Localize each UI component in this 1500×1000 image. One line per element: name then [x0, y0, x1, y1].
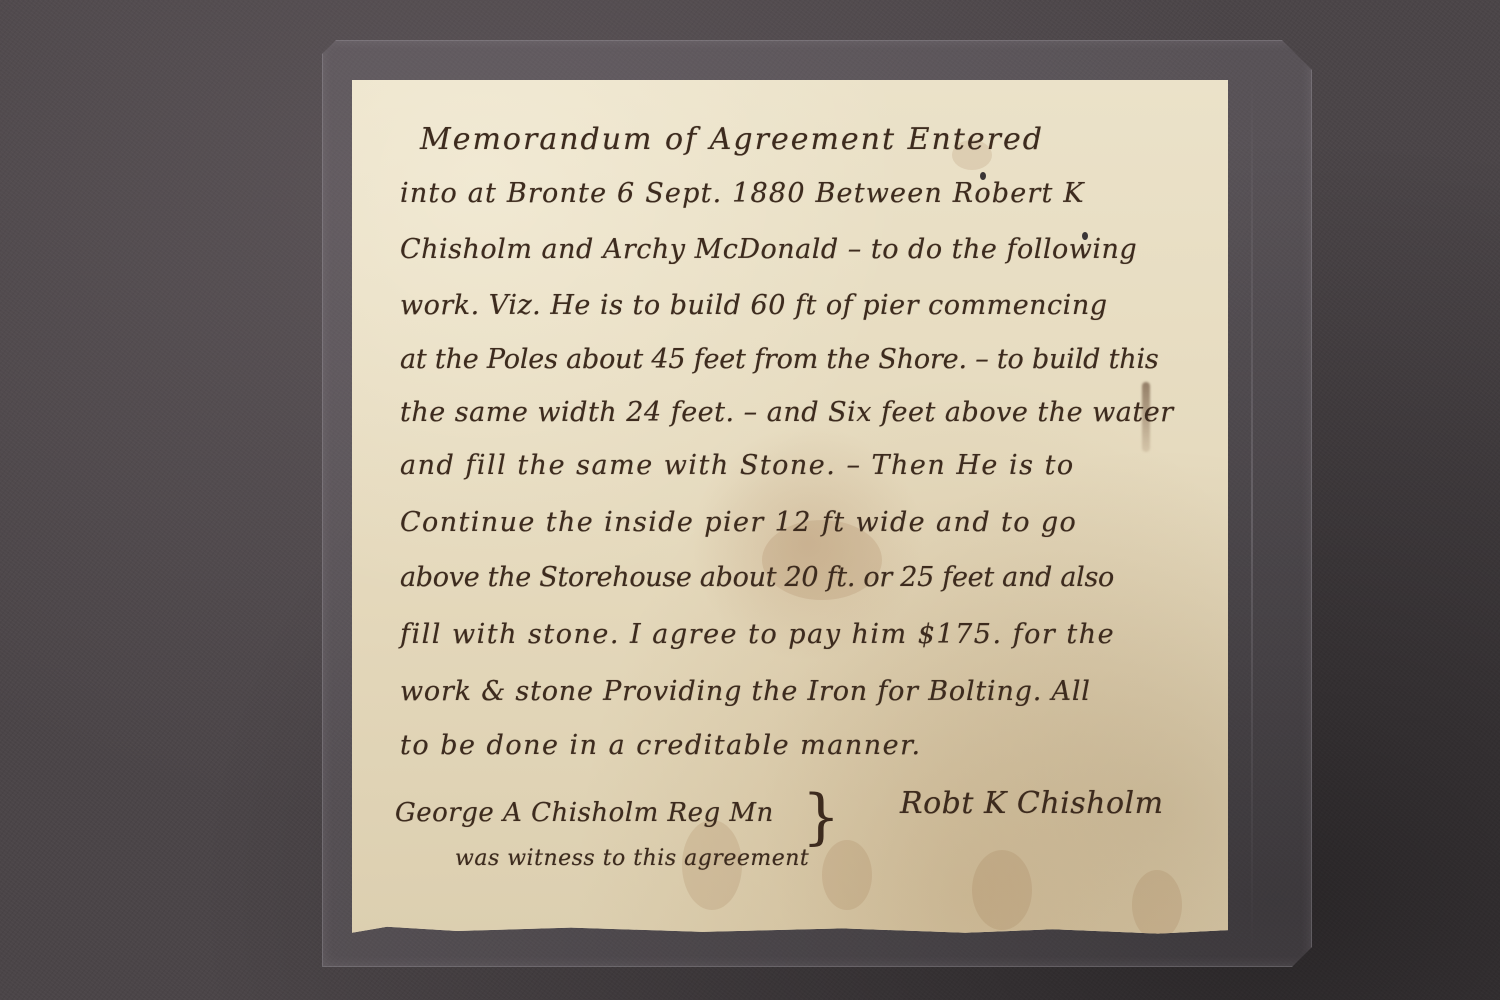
paper-stain: [1132, 870, 1182, 940]
memo-line-11: work & stone Providing the Iron for Bolt…: [400, 676, 1091, 707]
signature-brace: }: [802, 782, 840, 852]
memo-line-10: fill with stone. I agree to pay him $175…: [400, 619, 1115, 650]
memo-line-8: Continue the inside pier 12 ft wide and …: [400, 507, 1077, 538]
memo-line-2: into at Bronte 6 Sept. 1880 Between Robe…: [400, 178, 1085, 209]
signer-signature: Robt K Chisholm: [900, 786, 1164, 821]
sleeve-crease: [1251, 71, 1253, 951]
memo-line-4: work. Viz. He is to build 60 ft of pier …: [400, 290, 1108, 321]
memorandum-paper: Memorandum of Agreement Entered into at …: [352, 80, 1228, 937]
memo-line-3: Chisholm and Archy McDonald – to do the …: [400, 234, 1137, 265]
memo-line-7: and fill the same with Stone. – Then He …: [400, 450, 1075, 481]
memo-line-9: above the Storehouse about 20 ft. or 25 …: [400, 562, 1114, 593]
paper-stain: [972, 850, 1032, 930]
witness-signature: George A Chisholm Reg Mn: [395, 798, 774, 828]
witness-note: was witness to this agreement: [455, 846, 809, 871]
memo-line-1: Memorandum of Agreement Entered: [420, 122, 1044, 157]
memo-line-12: to be done in a creditable manner.: [400, 730, 922, 761]
memo-line-5: at the Poles about 45 feet from the Shor…: [400, 344, 1159, 375]
memo-line-6: the same width 24 feet. – and Six feet a…: [400, 397, 1174, 428]
